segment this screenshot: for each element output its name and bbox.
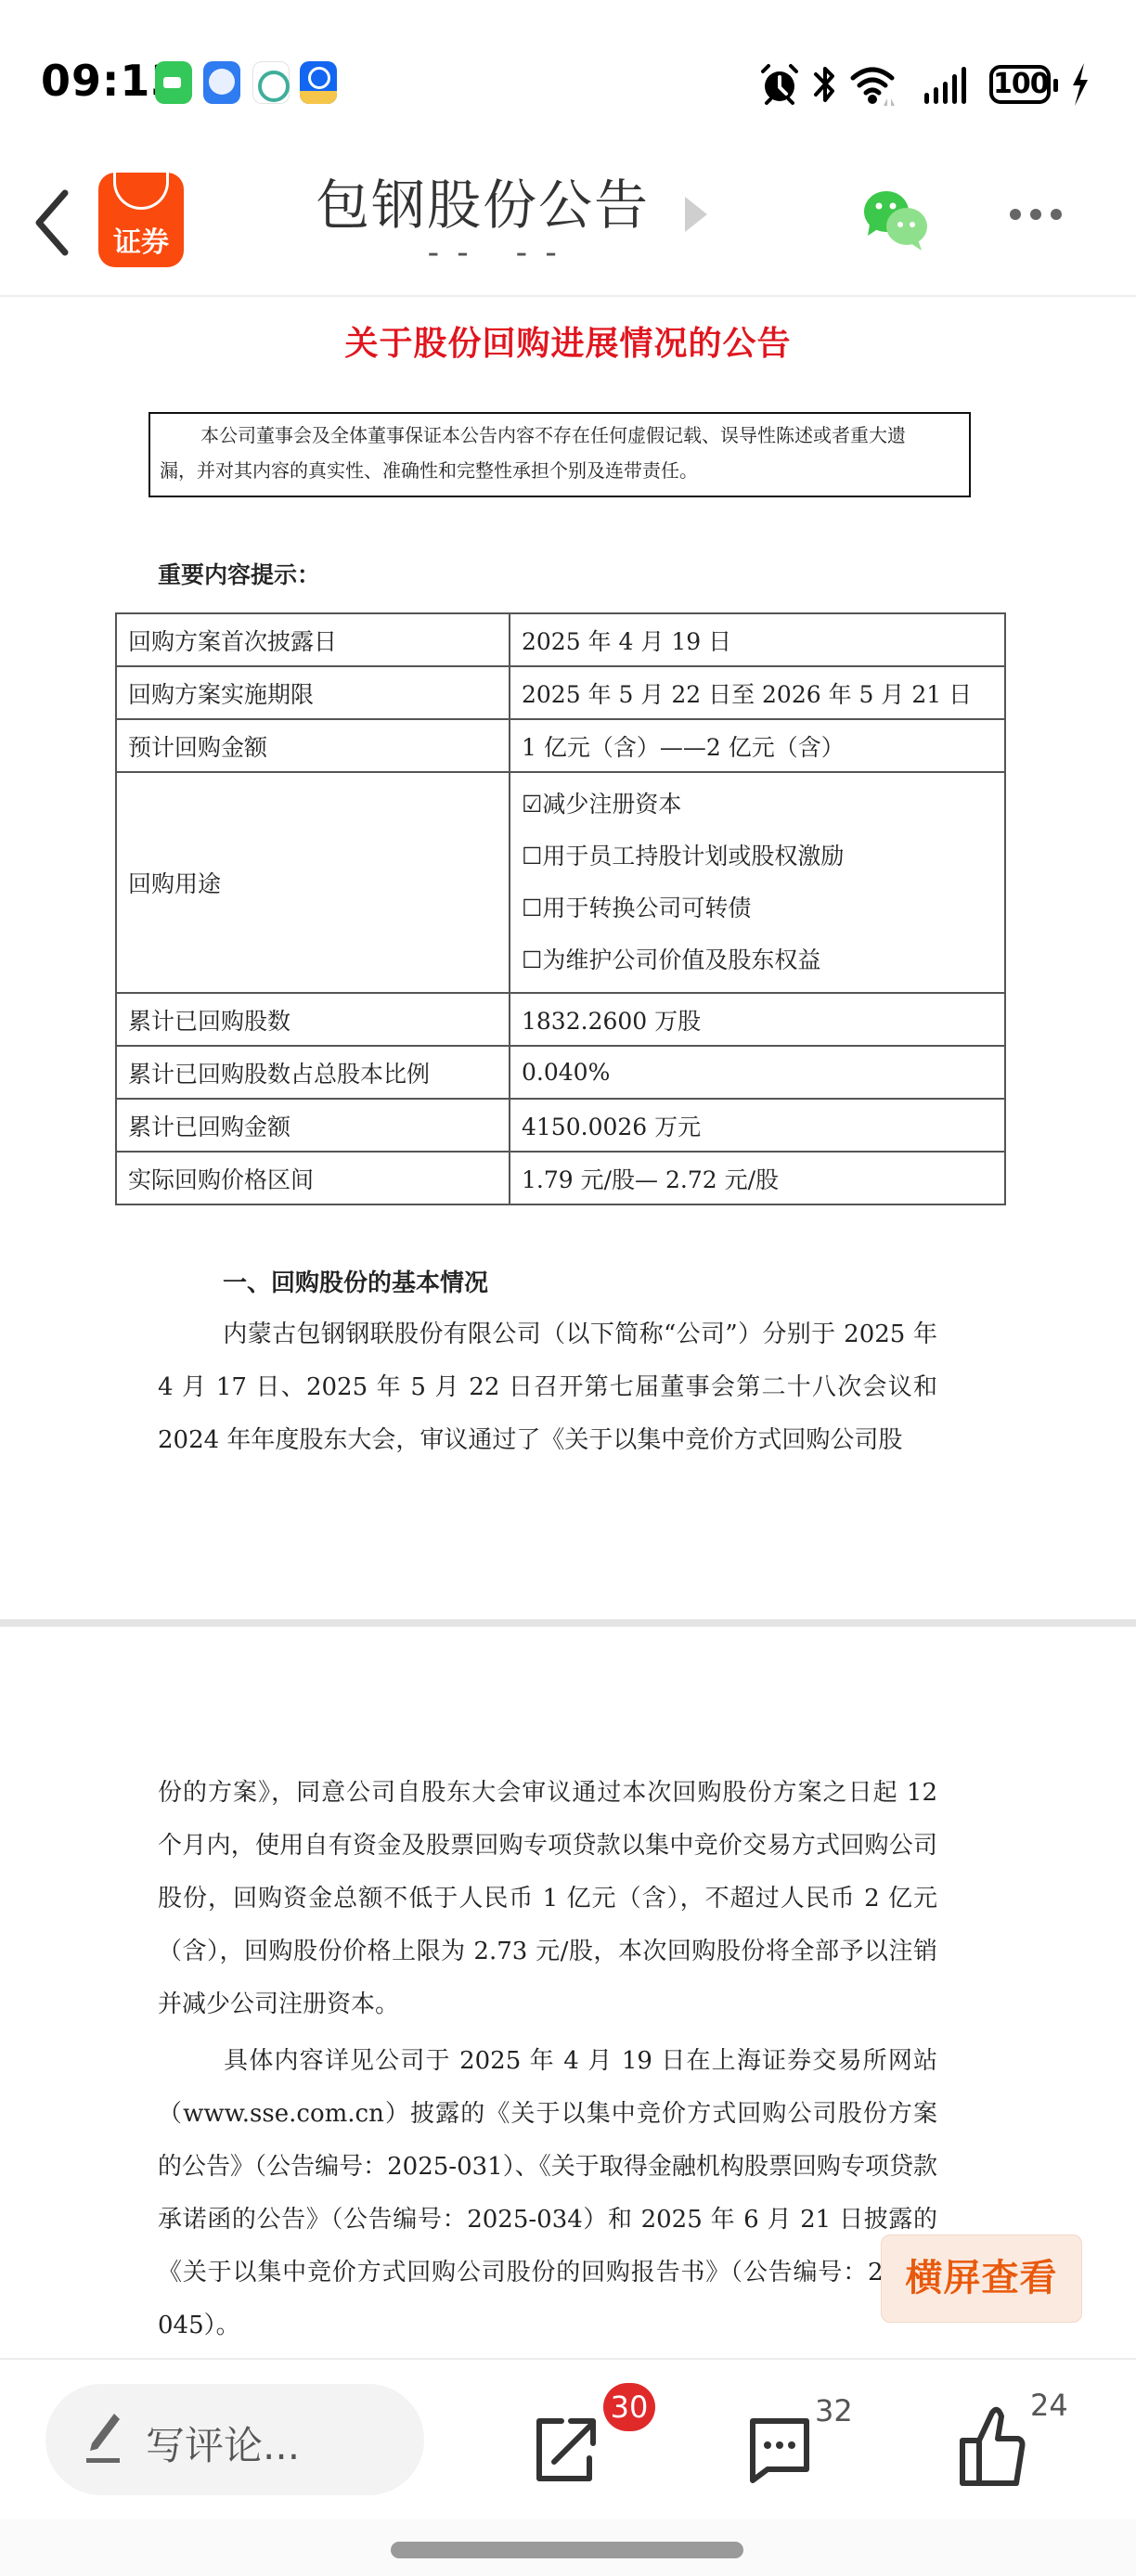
status-bar: 09:13 100 xyxy=(0,0,1136,148)
table-row: 回购方案首次披露日 2025 年 4 月 19 日 xyxy=(116,613,1005,666)
app-logo[interactable]: 证券 xyxy=(98,173,184,267)
page-subtitle: -- -- xyxy=(423,234,570,272)
table-key: 累计已回购股数 xyxy=(116,993,510,1046)
usage-option: ☐为维护公司价值及股东权益 xyxy=(522,934,1004,986)
paragraph-2: 具体内容详见公司于 2025 年 4 月 19 日在上海证券交易所网站（www.… xyxy=(158,2035,937,2352)
table-value: 1 亿元（含）——2 亿元（含） xyxy=(510,719,1005,772)
table-row: 累计已回购金额 4150.0026 万元 xyxy=(116,1099,1005,1152)
share-button[interactable] xyxy=(534,2415,602,2484)
table-value: 2025 年 5 月 22 日至 2026 年 5 月 21 日 xyxy=(510,666,1005,719)
signal-icon xyxy=(924,65,969,104)
comment-count: 32 xyxy=(815,2393,853,2428)
comment-placeholder: 写评论... xyxy=(146,2415,300,2471)
table-key: 实际回购价格区间 xyxy=(116,1152,510,1204)
table-key: 累计已回购金额 xyxy=(116,1099,510,1152)
charging-icon xyxy=(1069,63,1090,106)
table-value: 2025 年 4 月 19 日 xyxy=(510,613,1005,666)
table-value: 1.79 元/股— 2.72 元/股 xyxy=(510,1152,1005,1204)
table-value: 4150.0026 万元 xyxy=(510,1099,1005,1152)
alarm-icon xyxy=(759,63,800,106)
table-row: 预计回购金额 1 亿元（含）——2 亿元（含） xyxy=(116,719,1005,772)
bottom-action-bar: 写评论... 30 32 24 xyxy=(0,2358,1136,2519)
disclaimer-line-2: 漏，并对其内容的真实性、准确性和完整性承担个别及连带责任。 xyxy=(160,453,962,488)
table-row: 累计已回购股数 1832.2600 万股 xyxy=(116,993,1005,1046)
play-arrow-icon[interactable] xyxy=(685,197,707,232)
table-key: 回购方案首次披露日 xyxy=(116,613,510,666)
bluetooth-icon xyxy=(813,63,837,106)
disclaimer-box: 本公司董事会及全体董事保证本公告内容不存在任何虚假记载、误导性陈述或者重大遗 漏… xyxy=(148,412,971,497)
wifi-icon xyxy=(850,65,900,106)
like-button[interactable] xyxy=(959,2403,1033,2487)
credit-card-app-icon xyxy=(300,61,337,104)
usage-option: ☐用于转换公司可转债 xyxy=(522,882,1004,934)
usage-option-checked: ☑减少注册资本 xyxy=(522,779,1004,831)
paragraph-1: 内蒙古包钢钢联股份有限公司（以下简称“公司”）分别于 2025 年 4 月 17… xyxy=(158,1308,937,1467)
like-count: 24 xyxy=(1030,2388,1068,2423)
document-title: 关于股份回购进展情况的公告 xyxy=(0,317,1136,365)
share-count-badge: 30 xyxy=(603,2383,655,2431)
more-button[interactable] xyxy=(1010,206,1075,234)
table-key: 回购用途 xyxy=(116,772,510,993)
abc-bank-icon xyxy=(252,61,290,104)
table-row: 实际回购价格区间 1.79 元/股— 2.72 元/股 xyxy=(116,1152,1005,1204)
battery-saver-icon xyxy=(155,61,192,104)
battery-icon: 100 xyxy=(989,65,1051,104)
usage-option: ☐用于员工持股计划或股权激励 xyxy=(522,831,1004,882)
pencil-icon xyxy=(86,2410,127,2467)
highlights-heading: 重要内容提示： xyxy=(158,557,320,590)
page-title: 包钢股份公告 xyxy=(316,161,650,239)
summary-table: 回购方案首次披露日 2025 年 4 月 19 日 回购方案实施期限 2025 … xyxy=(115,612,1006,1205)
usage-options: ☑减少注册资本 ☐用于员工持股计划或股权激励 ☐用于转换公司可转债 ☐为维护公司… xyxy=(510,772,1005,993)
app-logo-text: 证券 xyxy=(98,219,184,260)
table-value: 0.040% xyxy=(510,1046,1005,1099)
wechat-share-button[interactable] xyxy=(858,186,933,255)
home-indicator[interactable] xyxy=(391,2542,743,2558)
table-row: 累计已回购股数占总股本比例 0.040% xyxy=(116,1046,1005,1099)
landscape-view-button[interactable]: 横屏查看 xyxy=(881,2235,1082,2323)
disclaimer-line-1: 本公司董事会及全体董事保证本公告内容不存在任何虚假记载、误导性陈述或者重大遗 xyxy=(160,418,962,453)
section-heading: 一、回购股份的基本情况 xyxy=(223,1264,488,1298)
app-header: 证券 包钢股份公告 -- -- xyxy=(0,148,1136,297)
table-value: 1832.2600 万股 xyxy=(510,993,1005,1046)
paragraph-1-continued: 份的方案》，同意公司自股东大会审议通过本次回购股份方案之日起 12 个月内，使用… xyxy=(158,1767,937,2031)
back-button[interactable] xyxy=(19,176,74,269)
battery-nub xyxy=(1053,79,1058,92)
messages-icon xyxy=(203,61,240,104)
page-separator xyxy=(0,1619,1136,1627)
dot-icon xyxy=(1010,209,1021,220)
logo-arc-icon xyxy=(113,167,169,210)
table-key: 回购方案实施期限 xyxy=(116,666,510,719)
table-row: 回购方案实施期限 2025 年 5 月 22 日至 2026 年 5 月 21 … xyxy=(116,666,1005,719)
dot-icon xyxy=(1051,209,1062,220)
comments-button[interactable] xyxy=(747,2414,812,2488)
table-key: 累计已回购股数占总股本比例 xyxy=(116,1046,510,1099)
table-key: 预计回购金额 xyxy=(116,719,510,772)
table-row: 回购用途 ☑减少注册资本 ☐用于员工持股计划或股权激励 ☐用于转换公司可转债 ☐… xyxy=(116,772,1005,993)
dot-icon xyxy=(1030,209,1041,220)
comment-input[interactable]: 写评论... xyxy=(45,2384,424,2495)
